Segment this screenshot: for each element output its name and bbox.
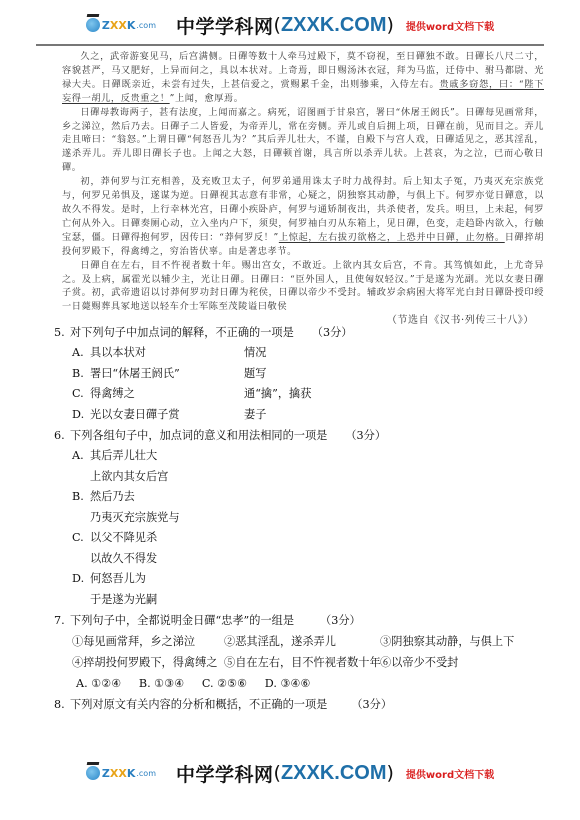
- logo-letter: Z: [102, 767, 110, 780]
- paren-close: ): [387, 762, 394, 784]
- question-5-option-b: B.署曰“休屠王阏氏”题写: [54, 364, 534, 385]
- question-number: 8.: [54, 694, 70, 715]
- logo-suffix: .com: [136, 769, 156, 778]
- question-5-option-c: C.得禽缚之通“擒”，擒获: [54, 384, 534, 405]
- page-header: ZXXK.com 中学学科网 ( ZXXK.COM ) 提供word文档下载: [0, 12, 580, 38]
- option-gloss: 妻子: [244, 405, 266, 426]
- option-letter: C.: [72, 384, 90, 405]
- site-domain: ZXXK.COM: [281, 14, 387, 37]
- site-name: 中学学科网: [176, 12, 274, 39]
- download-tag: 提供word文档下载: [406, 18, 494, 33]
- question-6-option-b: B.然后乃去: [54, 487, 534, 508]
- option-text: 光以女妻日磾子赏: [90, 405, 244, 426]
- logo-suffix: .com: [136, 21, 156, 30]
- header-divider: [36, 44, 544, 46]
- logo-letter: X: [110, 19, 118, 32]
- option-gloss: 题写: [244, 364, 266, 385]
- zxxk-logo: ZXXK.com: [86, 18, 156, 32]
- mascot-icon: [86, 18, 100, 32]
- option-letter: A.: [72, 343, 90, 364]
- option-letter: D.: [72, 569, 90, 590]
- option-letter: B.: [72, 487, 90, 508]
- option-gloss: 情况: [244, 343, 266, 364]
- logo-letter: K: [127, 767, 136, 780]
- underlined-sentence: 上惊起，左右拔刃欲格之，上恐并中日磾，止勿格。: [279, 232, 505, 243]
- question-7-answers: A. ①②④ B. ①③④ C. ②⑤⑥ D. ③④⑥: [54, 673, 534, 694]
- option-text: 署曰“休屠王阏氏”: [90, 364, 244, 385]
- site-domain: ZXXK.COM: [281, 762, 387, 785]
- question-5-option-a: A.具以本状对情况: [54, 343, 534, 364]
- question-number: 7.: [54, 610, 70, 631]
- option-sentence-2: 乃夷灭充宗族党与: [54, 508, 534, 529]
- statement-item: ④捽胡投何罗殿下，得禽缚之: [72, 652, 224, 673]
- question-score: （3分）: [345, 429, 386, 442]
- option-sentence-2: 上欲内其女后宫: [54, 467, 534, 488]
- passage-paragraph-4: 日磾自在左右，目不忤视者数十年。赐出宫女，不敢近。上欲内其女后宫，不肯。其笃慎如…: [62, 259, 544, 315]
- download-tag: 提供word文档下载: [406, 766, 494, 781]
- question-8-stem: 8.下列对原文有关内容的分析和概括，不正确的一项是（3分）: [54, 694, 534, 715]
- option-gloss: 通“擒”，擒获: [244, 384, 311, 405]
- paren-open: (: [274, 762, 281, 784]
- reading-passage: 久之，武帝游宴见马，后宫满侧。日磾等数十人牵马过殿下，莫不窃视，至日磾独不敢。日…: [62, 50, 544, 328]
- zxxk-logo: ZXXK.com: [86, 766, 156, 780]
- question-7-items-row-1: ①每见画常拜，乡之涕泣 ②恶其淫乱，遂杀弄儿 ③阴独察其动静，与俱上下: [54, 631, 534, 652]
- statement-item: ⑥以帝少不受封: [380, 652, 458, 673]
- question-5-stem: 5.对下列句子中加点词的解释，不正确的一项是（3分）: [54, 322, 534, 343]
- question-7-items-row-2: ④捽胡投何罗殿下，得禽缚之 ⑤自在左右，目不忤视者数十年 ⑥以帝少不受封: [54, 652, 534, 673]
- question-6-stem: 6.下列各组句子中，加点词的意义和用法相同的一项是（3分）: [54, 425, 534, 446]
- question-6-option-a: A.其后弄儿壮大: [54, 446, 534, 467]
- question-text: 下列对原文有关内容的分析和概括，不正确的一项是: [70, 698, 327, 711]
- answer-choice-c: C. ②⑤⑥: [202, 677, 247, 690]
- option-text: 具以本状对: [90, 343, 244, 364]
- option-sentence-1: 以父不降见杀: [90, 528, 157, 549]
- question-6-option-c: C.以父不降见杀: [54, 528, 534, 549]
- passage-paragraph-3: 初，莽何罗与江充相善，及充败卫太子，何罗弟通用诛太子时力战得封。后上知太子冤，乃…: [62, 175, 544, 258]
- passage-paragraph-2: 日磾母教诲两子，甚有法度，上闻而嘉之。病死，诏图画于甘泉宫，署曰“休屠王阏氏”。…: [62, 106, 544, 176]
- question-5-option-d: D.光以女妻日磾子赏妻子: [54, 405, 534, 426]
- option-sentence-1: 其后弄儿壮大: [90, 446, 157, 467]
- statement-item: ⑤自在左右，目不忤视者数十年: [224, 652, 380, 673]
- option-letter: B.: [72, 364, 90, 385]
- logo-letter: Z: [102, 19, 110, 32]
- question-section: 5.对下列句子中加点词的解释，不正确的一项是（3分） A.具以本状对情况 B.署…: [54, 322, 534, 715]
- site-name: 中学学科网: [176, 760, 274, 787]
- question-number: 6.: [54, 425, 70, 446]
- question-score: （3分）: [320, 614, 361, 627]
- question-text: 下列各组句子中，加点词的意义和用法相同的一项是: [70, 429, 327, 442]
- option-text: 得禽缚之: [90, 384, 244, 405]
- question-text: 下列句子中，全都说明金日磾“忠孝”的一组是: [70, 614, 294, 627]
- option-letter: A.: [72, 446, 90, 467]
- option-letter: C.: [72, 528, 90, 549]
- question-number: 5.: [54, 322, 70, 343]
- question-6-option-d: D.何怒吾儿为: [54, 569, 534, 590]
- statement-item: ①每见画常拜，乡之涕泣: [72, 631, 224, 652]
- question-score: （3分）: [312, 326, 353, 339]
- question-score: （3分）: [351, 698, 392, 711]
- passage-text: ”上闻，愈厚焉。: [170, 93, 244, 104]
- statement-item: ③阴独察其动静，与俱上下: [380, 631, 514, 652]
- passage-paragraph-1: 久之，武帝游宴见马，后宫满侧。日磾等数十人牵马过殿下，莫不窃视，至日磾独不敢。日…: [62, 50, 544, 106]
- option-letter: D.: [72, 405, 90, 426]
- question-7-stem: 7.下列句子中，全都说明金日磾“忠孝”的一组是（3分）: [54, 610, 534, 631]
- logo-letter: X: [118, 767, 126, 780]
- page-footer: ZXXK.com 中学学科网 ( ZXXK.COM ) 提供word文档下载: [0, 760, 580, 786]
- option-sentence-2: 于是遂为光嗣: [54, 590, 534, 611]
- option-sentence-1: 何怒吾儿为: [90, 569, 146, 590]
- option-sentence-1: 然后乃去: [90, 487, 135, 508]
- paren-close: ): [387, 14, 394, 36]
- option-sentence-2: 以故久不得发: [54, 549, 534, 570]
- logo-letter: K: [127, 19, 136, 32]
- statement-item: ②恶其淫乱，遂杀弄儿: [224, 631, 380, 652]
- answer-choice-a: A. ①②④: [76, 677, 121, 690]
- logo-letter: X: [118, 19, 126, 32]
- paren-open: (: [274, 14, 281, 36]
- logo-letter: X: [110, 767, 118, 780]
- answer-choice-b: B. ①③④: [139, 677, 184, 690]
- answer-choice-d: D. ③④⑥: [265, 677, 311, 690]
- question-text: 对下列句子中加点词的解释，不正确的一项是: [70, 326, 294, 339]
- mascot-icon: [86, 766, 100, 780]
